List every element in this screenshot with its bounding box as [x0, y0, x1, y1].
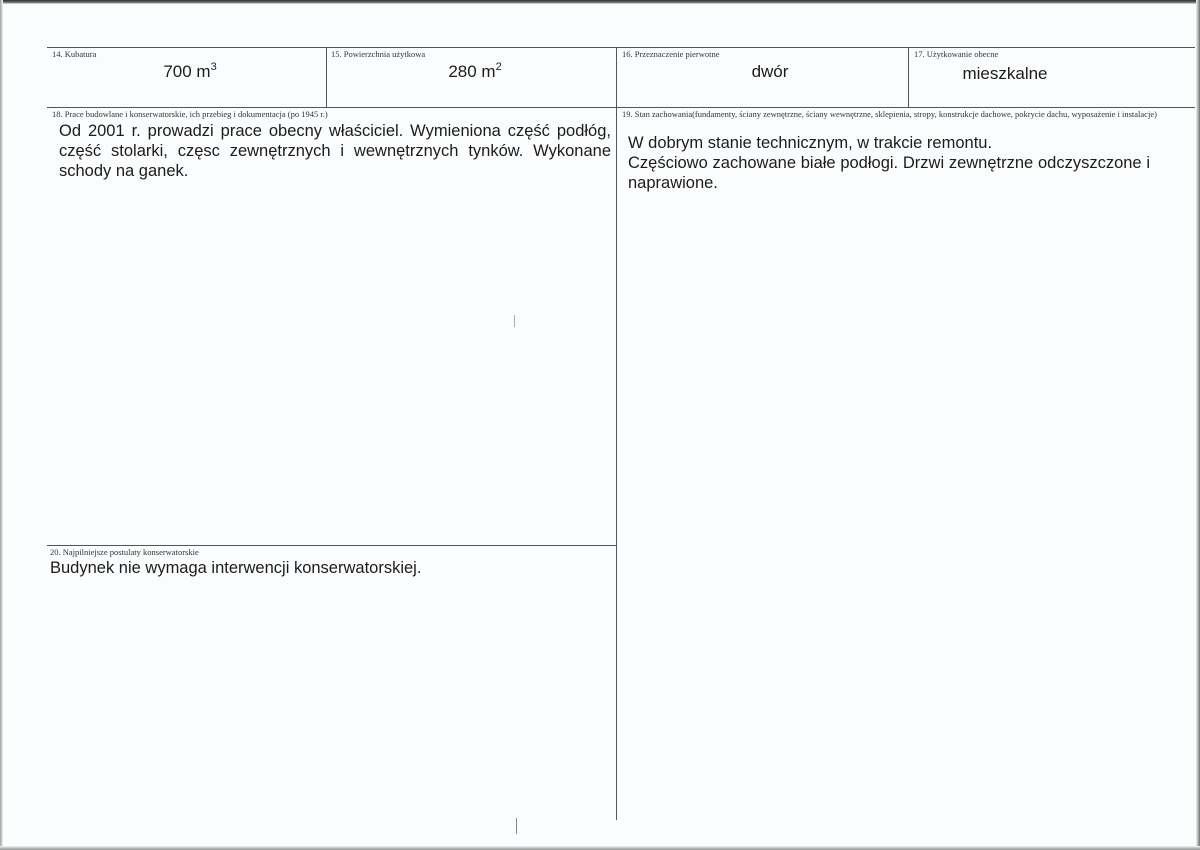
field-17-value: mieszkalne	[915, 64, 1095, 84]
field-15-label: 15. Powierzchnia użytkowa	[331, 49, 425, 59]
field-15-unit-sup: 2	[496, 61, 502, 73]
rule-col-14-15	[326, 47, 327, 108]
field-20-label: 20. Najpilniejsze postulaty konserwators…	[50, 547, 199, 557]
field-19-label: 19. Stan zachowania(fundamenty, ściany z…	[622, 109, 1182, 119]
field-19-line-2: Częściowo zachowane białe podłogi. Drzwi…	[628, 153, 1150, 193]
field-15-value-text: 280 m	[448, 62, 495, 81]
scan-edge-left	[0, 0, 3, 850]
field-20-paragraph: Budynek nie wymaga interwencji konserwat…	[50, 558, 610, 578]
field-16-label: 16. Przeznaczenie pierwotne	[622, 49, 719, 59]
scan-speck	[516, 818, 517, 834]
field-19-line-1: W dobrym stanie technicznym, w trakcie r…	[628, 133, 1150, 153]
scan-edge-right	[1196, 0, 1200, 850]
field-18-paragraph: Od 2001 r. prowadzi prace obecny właścic…	[59, 121, 611, 181]
field-17-label: 17. Użytkowanie obecne	[914, 49, 998, 59]
rule-main-divider	[616, 47, 617, 820]
field-14-value-text: 700 m	[163, 62, 210, 81]
scan-edge-top	[0, 0, 1200, 4]
field-18-label: 18. Prace budowlane i konserwatorskie, i…	[52, 109, 328, 119]
field-14-unit-sup: 3	[211, 61, 217, 73]
field-19-text: W dobrym stanie technicznym, w trakcie r…	[628, 133, 1150, 193]
field-20-text: Budynek nie wymaga interwencji konserwat…	[50, 558, 610, 578]
rule-col-16-17	[908, 47, 909, 108]
rule-section-20-top	[47, 545, 617, 546]
field-15-value: 280 m2	[385, 62, 565, 82]
rule-row-1-bottom	[47, 107, 1195, 108]
field-14-value: 700 m3	[100, 62, 280, 82]
scan-speck	[514, 315, 515, 327]
field-14-label: 14. Kubatura	[52, 49, 96, 59]
scan-edge-bottom	[0, 846, 1200, 850]
rule-top	[47, 47, 1195, 48]
field-16-value: dwór	[680, 62, 860, 82]
field-18-text: Od 2001 r. prowadzi prace obecny właścic…	[59, 121, 611, 181]
